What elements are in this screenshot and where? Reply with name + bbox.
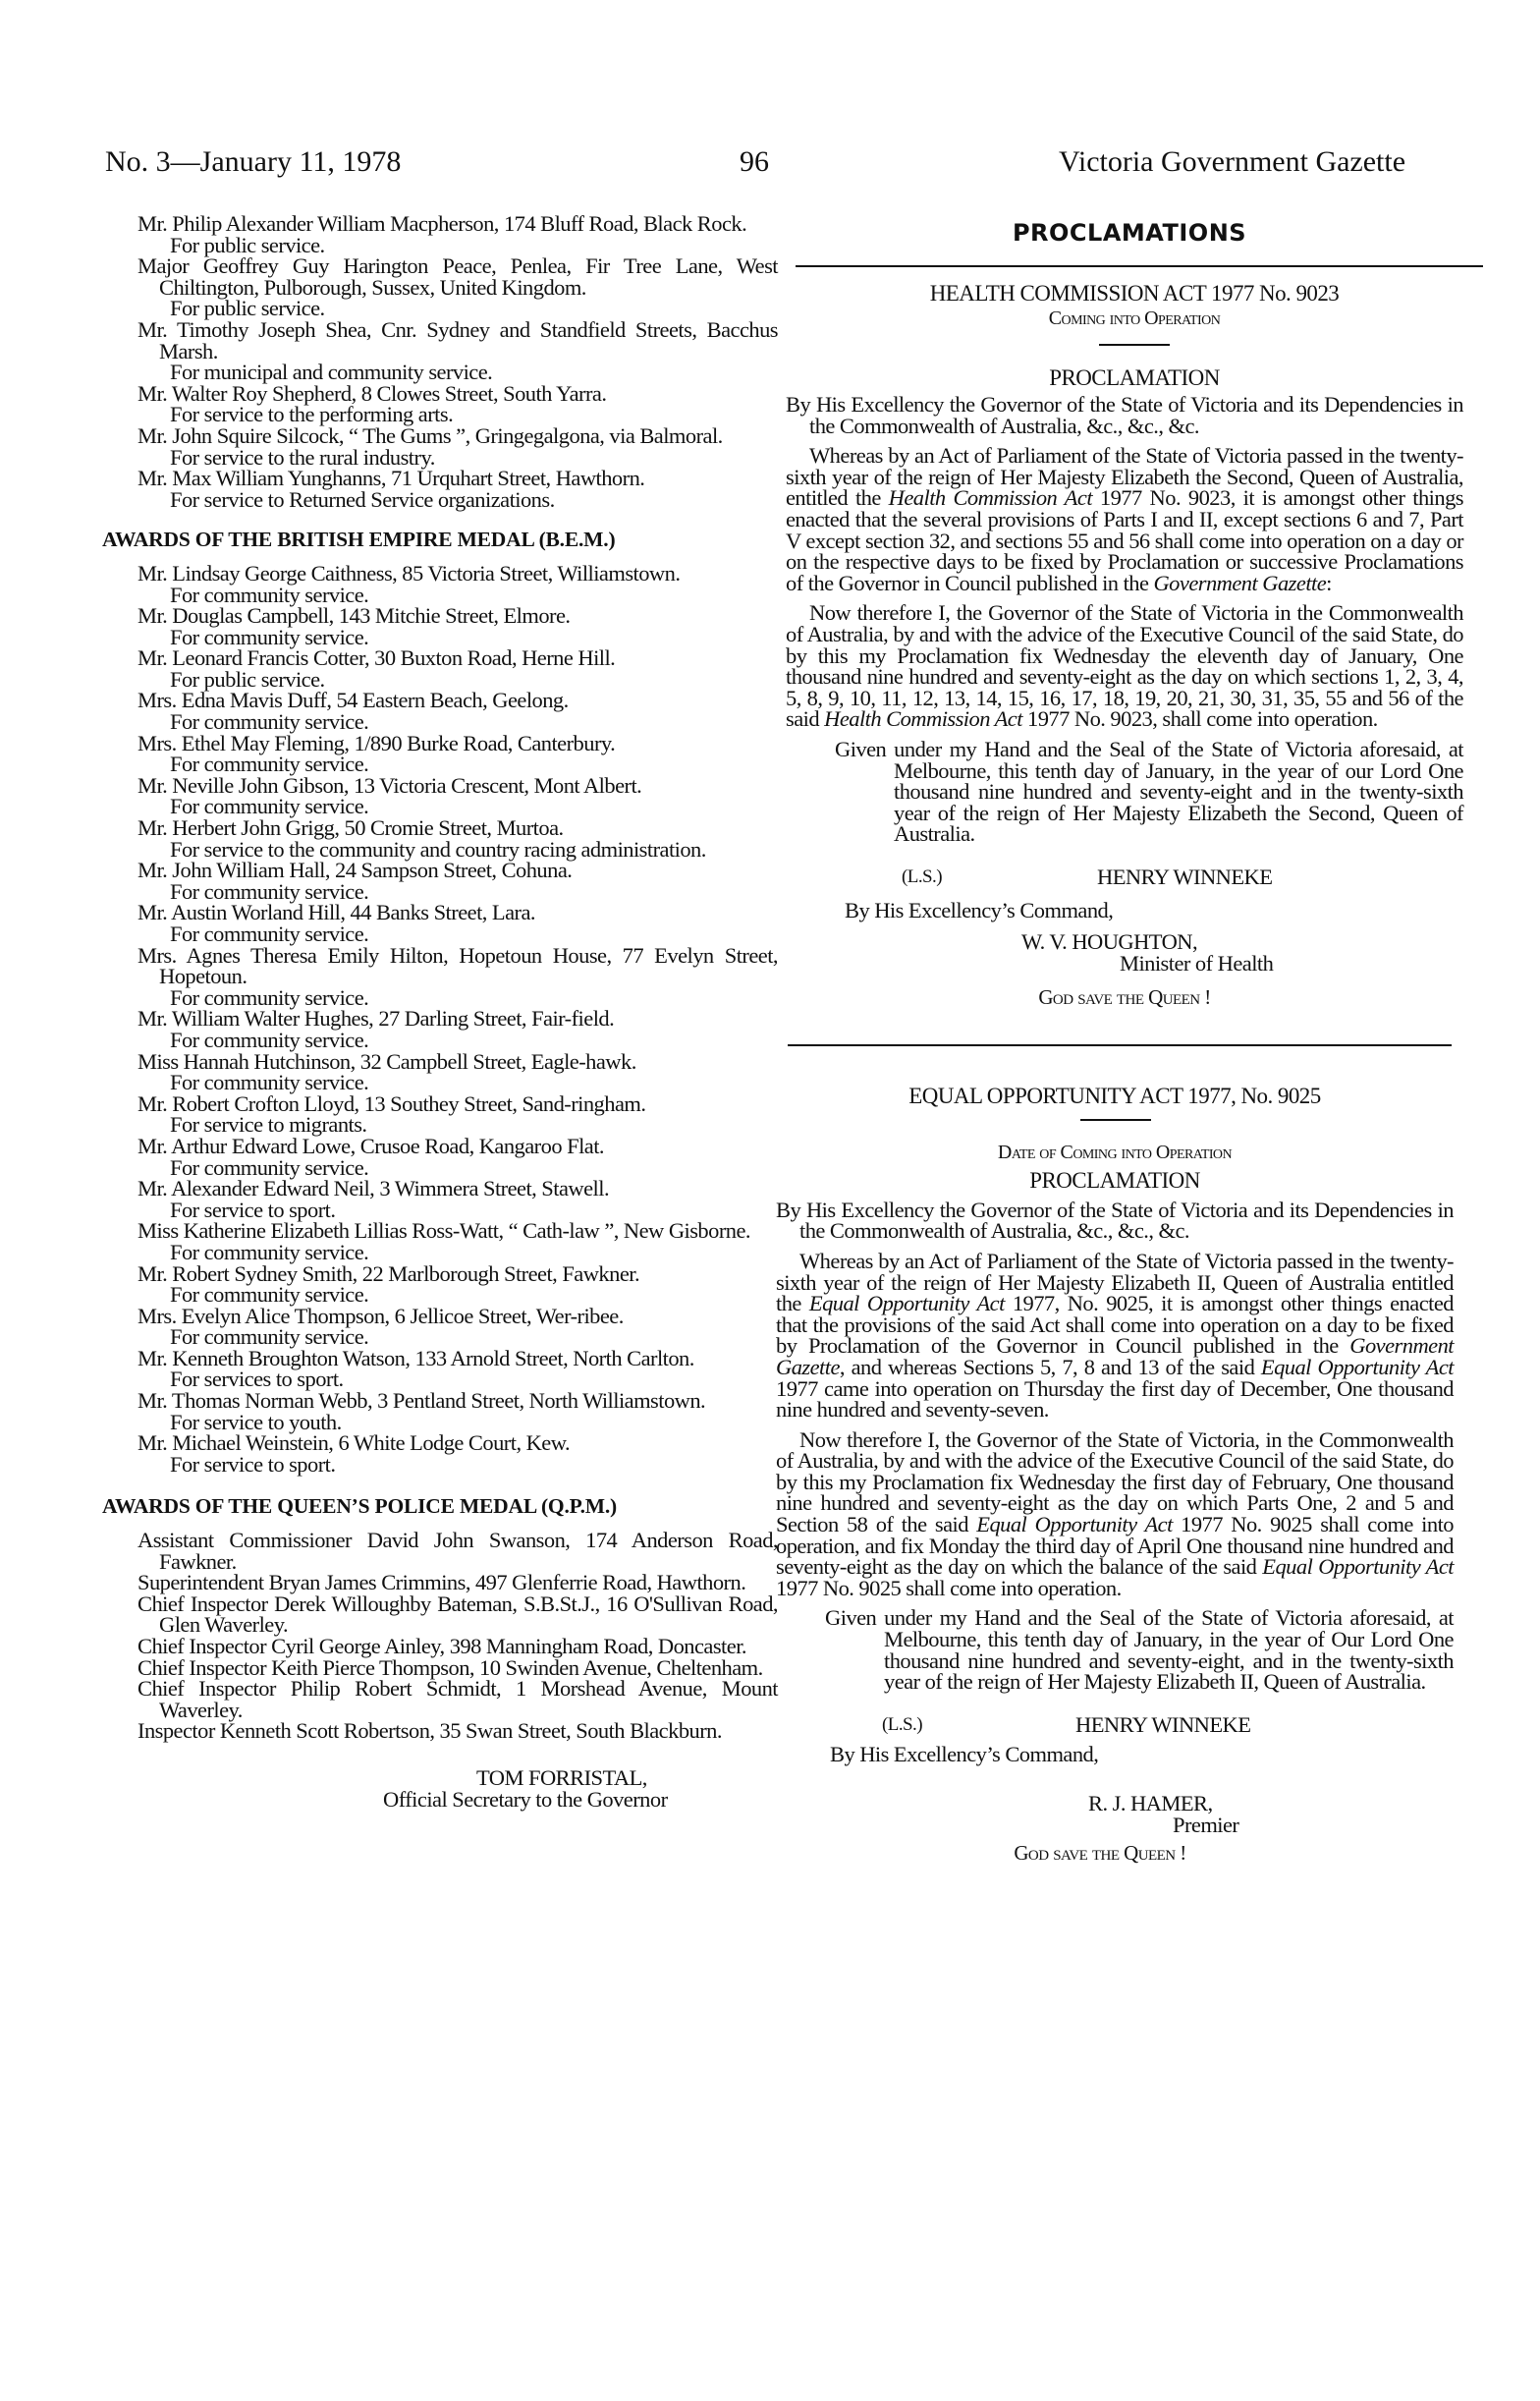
citation: For services to sport. [137, 1368, 778, 1390]
signoff: TOM FORRISTAL, Official Secretary to the… [137, 1767, 778, 1810]
recipient-name-address: Chief Inspector Philip Robert Schmidt, 1… [137, 1678, 778, 1720]
recipient-name-address: Mr. Neville John Gibson, 13 Victoria Cre… [137, 775, 778, 797]
honour-entry: Mr. Timothy Joseph Shea, Cnr. Sydney and… [137, 319, 778, 383]
honour-entry: Chief Inspector Keith Pierce Thompson, 1… [137, 1657, 778, 1679]
honour-entry: Mr. Leonard Francis Cotter, 30 Buxton Ro… [137, 647, 778, 690]
act-subtitle: Coming into Operation [805, 307, 1463, 330]
honour-entry: Mr. John Squire Silcock, “ The Gums ”, G… [137, 425, 778, 468]
recipient-name-address: Chief Inspector Derek Willoughby Bateman… [137, 1593, 778, 1636]
honour-entry: Chief Inspector Derek Willoughby Bateman… [137, 1593, 778, 1636]
citation: For community service. [137, 1030, 778, 1051]
gazette-page: No. 3—January 11, 1978 96 Victoria Gover… [0, 0, 1540, 2401]
given-under-hand: Given under my Hand and the Seal of the … [786, 739, 1463, 845]
recipient-name-address: Mrs. Ethel May Fleming, 1/890 Burke Road… [137, 733, 778, 754]
page-number: 96 [740, 145, 769, 179]
whereas-paragraph: Whereas by an Act of Parliament of the S… [786, 445, 1463, 593]
honour-entry: Mrs. Edna Mavis Duff, 54 Eastern Beach, … [137, 690, 778, 732]
citation: For community service. [137, 585, 778, 606]
minister-name: W. V. HOUGHTON, [786, 931, 1463, 953]
citation: For service to migrants. [137, 1114, 778, 1136]
recipient-name-address: Superintendent Bryan James Crimmins, 497… [137, 1572, 778, 1593]
act-name: Equal Opportunity Act [1262, 1554, 1454, 1579]
preamble: By His Excellency the Governor of the St… [786, 394, 1463, 436]
honour-entry: Mr. Alexander Edward Neil, 3 Wimmera Str… [137, 1178, 778, 1220]
honour-entry: Mr. Thomas Norman Webb, 3 Pentland Stree… [137, 1390, 778, 1432]
text: 1977 No. 9023, shall come into operation… [1022, 706, 1378, 731]
bem-list: Mr. Lindsay George Caithness, 85 Victori… [137, 563, 778, 1476]
given-under-hand: Given under my Hand and the Seal of the … [776, 1607, 1454, 1692]
minister-title: Premier [776, 1815, 1463, 1836]
equal-opportunity-proclamation: EQUAL OPPORTUNITY ACT 1977, No. 9025 Dat… [776, 1084, 1463, 1865]
recipient-name-address: Mrs. Evelyn Alice Thompson, 6 Jellicoe S… [137, 1306, 778, 1327]
honour-entry: Mrs. Evelyn Alice Thompson, 6 Jellicoe S… [137, 1306, 778, 1348]
recipient-name-address: Mr. Robert Sydney Smith, 22 Marlborough … [137, 1263, 778, 1285]
act-title: EQUAL OPPORTUNITY ACT 1977, No. 9025 [766, 1084, 1463, 1109]
citation: For community service. [137, 1157, 778, 1179]
citation: For community service. [137, 1326, 778, 1348]
citation: For public service. [137, 298, 778, 319]
recipient-name-address: Mr. John Squire Silcock, “ The Gums ”, G… [137, 425, 778, 447]
signoff-title: Official Secretary to the Governor [383, 1789, 778, 1811]
text: : [1326, 571, 1332, 595]
seal-row: (L.S.) HENRY WINNEKE [786, 866, 1463, 890]
continued-honours-list: Mr. Philip Alexander William Macpherson,… [137, 213, 778, 510]
now-therefore-paragraph: Now therefore I, the Governor of the Sta… [776, 1429, 1454, 1599]
short-rule [1080, 1119, 1151, 1121]
recipient-name-address: Mr. Alexander Edward Neil, 3 Wimmera Str… [137, 1178, 778, 1200]
citation: For municipal and community service. [137, 362, 778, 383]
honour-entry: Mr. Lindsay George Caithness, 85 Victori… [137, 563, 778, 605]
recipient-name-address: Mr. Kenneth Broughton Watson, 133 Arnold… [137, 1348, 778, 1369]
honour-entry: Miss Katherine Elizabeth Lillias Ross-Wa… [137, 1220, 778, 1262]
proclamation-label: PROCLAMATION [766, 1168, 1463, 1194]
gazette-name: Government Gazette [1153, 571, 1326, 595]
honour-entry: Major Geoffrey Guy Harington Peace, Penl… [137, 255, 778, 319]
text: 1977 came into operation on Thursday the… [776, 1376, 1454, 1423]
honour-entry: Mr. Robert Sydney Smith, 22 Marlborough … [137, 1263, 778, 1306]
publication-title: Victoria Government Gazette [1059, 145, 1405, 179]
recipient-name-address: Mr. Thomas Norman Webb, 3 Pentland Stree… [137, 1390, 778, 1412]
citation: For public service. [137, 669, 778, 691]
citation: For community service. [137, 987, 778, 1009]
citation: For community service. [137, 796, 778, 817]
honour-entry: Mr. John William Hall, 24 Sampson Street… [137, 860, 778, 902]
citation: For community service. [137, 923, 778, 945]
god-save-the-queen: God save the Queen ! [786, 987, 1463, 1009]
citation: For service to sport. [137, 1454, 778, 1476]
god-save-the-queen: God save the Queen ! [737, 1843, 1463, 1865]
citation: For public service. [137, 235, 778, 256]
proclamation-label: PROCLAMATION [805, 365, 1463, 391]
recipient-name-address: Mr. Philip Alexander William Macpherson,… [137, 213, 778, 235]
minister-title: Minister of Health [786, 953, 1463, 975]
text: 1977 No. 9025 shall come into operation. [776, 1576, 1122, 1600]
recipient-name-address: Mr. John William Hall, 24 Sampson Street… [137, 860, 778, 881]
recipient-name-address: Mr. Arthur Edward Lowe, Crusoe Road, Kan… [137, 1136, 778, 1157]
honour-entry: Miss Hannah Hutchinson, 32 Campbell Stre… [137, 1051, 778, 1093]
act-title: HEALTH COMMISSION ACT 1977 No. 9023 [805, 281, 1463, 307]
recipient-name-address: Miss Hannah Hutchinson, 32 Campbell Stre… [137, 1051, 778, 1073]
whereas-paragraph: Whereas by an Act of Parliament of the S… [776, 1251, 1454, 1421]
citation: For community service. [137, 1242, 778, 1263]
act-subtitle: Date of Coming into Operation [766, 1141, 1463, 1164]
citation: For community service. [137, 627, 778, 648]
health-proclamation: HEALTH COMMISSION ACT 1977 No. 9023 Comi… [786, 281, 1463, 1009]
citation: For community service. [137, 1072, 778, 1093]
honour-entry: Mr. Austin Worland Hill, 44 Banks Street… [137, 902, 778, 944]
honour-entry: Mr. Max William Yunghanns, 71 Urquhart S… [137, 468, 778, 510]
recipient-name-address: Mr. Leonard Francis Cotter, 30 Buxton Ro… [137, 647, 778, 669]
honour-entry: Mr. Michael Weinstein, 6 White Lodge Cou… [137, 1432, 778, 1475]
honour-entry: Inspector Kenneth Scott Robertson, 35 Sw… [137, 1720, 778, 1742]
citation: For service to youth. [137, 1412, 778, 1433]
recipient-name-address: Mr. Robert Crofton Lloyd, 13 Southey Str… [137, 1093, 778, 1115]
citation: For community service. [137, 754, 778, 775]
recipient-name-address: Mrs. Edna Mavis Duff, 54 Eastern Beach, … [137, 690, 778, 711]
citation: For community service. [137, 881, 778, 903]
recipient-name-address: Mr. Michael Weinstein, 6 White Lodge Cou… [137, 1432, 778, 1454]
recipient-name-address: Mr. Lindsay George Caithness, 85 Victori… [137, 563, 778, 585]
honour-entry: Assistant Commissioner David John Swanso… [137, 1530, 778, 1572]
citation: For service to Returned Service organiza… [137, 489, 778, 511]
citation: For community service. [137, 1284, 778, 1306]
honour-entry: Mr. Robert Crofton Lloyd, 13 Southey Str… [137, 1093, 778, 1136]
right-column: PROCLAMATIONS HEALTH COMMISSION ACT 1977… [776, 218, 1463, 1865]
proclamation-divider [788, 1044, 1452, 1046]
preamble: By His Excellency the Governor of the St… [776, 1200, 1454, 1242]
command-line: By His Excellency’s Command, [786, 900, 1463, 921]
citation: For service to sport. [137, 1200, 778, 1221]
recipient-name-address: Mr. William Walter Hughes, 27 Darling St… [137, 1008, 778, 1030]
seal-mark: (L.S.) [902, 866, 942, 888]
governor-name: HENRY WINNEKE [1075, 1714, 1250, 1736]
proclamations-title: PROCLAMATIONS [796, 218, 1463, 248]
section-rule [796, 265, 1483, 267]
recipient-name-address: Miss Katherine Elizabeth Lillias Ross-Wa… [137, 1220, 778, 1242]
minister-name: R. J. HAMER, [776, 1793, 1463, 1815]
citation: For service to the performing arts. [137, 404, 778, 425]
honour-entry: Mr. Philip Alexander William Macpherson,… [137, 213, 778, 255]
act-name: Health Commission Act [824, 706, 1022, 731]
recipient-name-address: Chief Inspector Cyril George Ainley, 398… [137, 1636, 778, 1657]
now-therefore-paragraph: Now therefore I, the Governor of the Sta… [786, 602, 1463, 730]
honour-entry: Chief Inspector Cyril George Ainley, 398… [137, 1636, 778, 1657]
honour-entry: Mrs. Ethel May Fleming, 1/890 Burke Road… [137, 733, 778, 775]
honour-entry: Superintendent Bryan James Crimmins, 497… [137, 1572, 778, 1593]
honour-entry: Mr. Kenneth Broughton Watson, 133 Arnold… [137, 1348, 778, 1390]
seal-mark: (L.S.) [882, 1714, 922, 1736]
left-column: Mr. Philip Alexander William Macpherson,… [137, 213, 778, 1810]
honour-entry: Mr. Arthur Edward Lowe, Crusoe Road, Kan… [137, 1136, 778, 1178]
signoff-name: TOM FORRISTAL, [383, 1767, 778, 1789]
recipient-name-address: Mr. Walter Roy Shepherd, 8 Clowes Street… [137, 383, 778, 405]
honour-entry: Mrs. Agnes Theresa Emily Hilton, Hopetou… [137, 945, 778, 1009]
honour-entry: Mr. Neville John Gibson, 13 Victoria Cre… [137, 775, 778, 817]
citation: For service to the rural industry. [137, 447, 778, 469]
recipient-name-address: Inspector Kenneth Scott Robertson, 35 Sw… [137, 1720, 778, 1742]
issue-date: No. 3—January 11, 1978 [105, 145, 401, 179]
recipient-name-address: Mr. Timothy Joseph Shea, Cnr. Sydney and… [137, 319, 778, 362]
honour-entry: Mr. Walter Roy Shepherd, 8 Clowes Street… [137, 383, 778, 425]
short-rule [1099, 344, 1170, 346]
honour-entry: Mr. Herbert John Grigg, 50 Cromie Street… [137, 817, 778, 860]
seal-row: (L.S.) HENRY WINNEKE [776, 1714, 1463, 1738]
recipient-name-address: Mr. Douglas Campbell, 143 Mitchie Street… [137, 605, 778, 627]
recipient-name-address: Assistant Commissioner David John Swanso… [137, 1530, 778, 1572]
citation: For community service. [137, 711, 778, 733]
recipient-name-address: Mr. Austin Worland Hill, 44 Banks Street… [137, 902, 778, 923]
recipient-name-address: Major Geoffrey Guy Harington Peace, Penl… [137, 255, 778, 298]
honour-entry: Mr. William Walter Hughes, 27 Darling St… [137, 1008, 778, 1050]
command-line: By His Excellency’s Command, [776, 1744, 1463, 1765]
citation: For service to the community and country… [137, 839, 778, 861]
recipient-name-address: Mr. Max William Yunghanns, 71 Urquhart S… [137, 468, 778, 489]
recipient-name-address: Mr. Herbert John Grigg, 50 Cromie Street… [137, 817, 778, 839]
honour-entry: Mr. Douglas Campbell, 143 Mitchie Street… [137, 605, 778, 647]
recipient-name-address: Chief Inspector Keith Pierce Thompson, 1… [137, 1657, 778, 1679]
qpm-heading: AWARDS OF THE QUEEN’S POLICE MEDAL (Q.P.… [102, 1496, 778, 1518]
governor-name: HENRY WINNEKE [1097, 866, 1272, 888]
qpm-list: Assistant Commissioner David John Swanso… [137, 1530, 778, 1742]
bem-heading: AWARDS OF THE BRITISH EMPIRE MEDAL (B.E.… [102, 530, 778, 551]
honour-entry: Chief Inspector Philip Robert Schmidt, 1… [137, 1678, 778, 1720]
recipient-name-address: Mrs. Agnes Theresa Emily Hilton, Hopetou… [137, 945, 778, 987]
